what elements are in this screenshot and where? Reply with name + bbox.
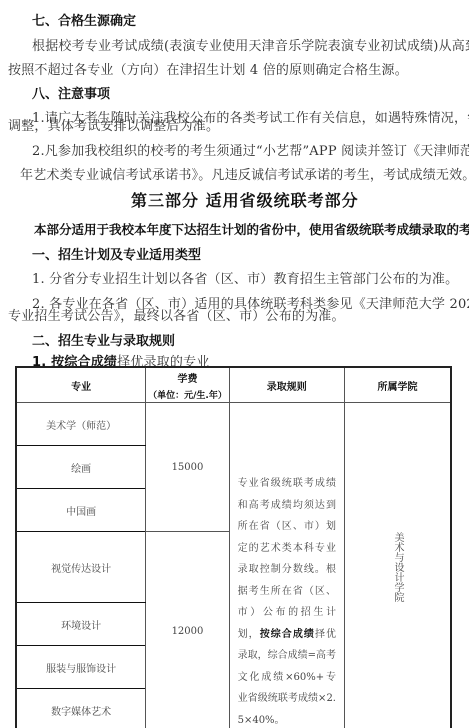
- college-name: 美术与设计学院: [390, 532, 405, 602]
- table-header-row: 专业 学费 （单位：元/生.年） 录取规则 所属学院: [16, 367, 451, 403]
- major-cell: 数字媒体艺术: [16, 689, 146, 728]
- section-8-item2-line2: 年艺术类专业诚信考试承诺书》。凡违反诚信考试承诺的考生，考试成绩无效。: [20, 164, 469, 183]
- section-8-item2-line1: 2.凡参加我校组织的校考的考生须通过“小艺帮”APP 阅读并签订《天津师范大学 …: [32, 140, 469, 159]
- tuition-cell: 12000: [146, 532, 229, 728]
- major-cell: 美术学（师范）: [16, 403, 146, 446]
- header-college: 所属学院: [344, 367, 451, 403]
- part-3-sec1-item2-line2: 专业招生考试公告》，最终以各省（区、市）公布的为准。: [8, 305, 345, 324]
- part-3-title: 第三部分 适用省级统联考部分: [131, 188, 359, 211]
- major-cell: 绘画: [16, 446, 146, 489]
- rule-text-pre: 专业省级统联考成绩和高考成绩均须达到所在省（区、市）划定的艺术类本科专业录取控制…: [238, 478, 336, 640]
- major-cell: 服装与服饰设计: [16, 646, 146, 689]
- rule-text-bold: 按综合成绩: [260, 629, 315, 640]
- header-rule: 录取规则: [229, 367, 344, 403]
- admission-table: 专业 学费 （单位：元/生.年） 录取规则 所属学院 美术学（师范） 15000…: [15, 366, 452, 728]
- section-7-heading: 七、合格生源确定: [32, 10, 136, 29]
- section-7-para-line1: 根据校考专业考试成绩(表演专业使用天津音乐学院表演专业初试成绩)从高到低排序，: [32, 35, 469, 54]
- part-3-sec2-heading: 二、招生专业与录取规则: [32, 330, 175, 349]
- major-cell: 视觉传达设计: [16, 532, 146, 603]
- major-cell: 环境设计: [16, 603, 146, 646]
- rule-cell: 专业省级统联考成绩和高考成绩均须达到所在省（区、市）划定的艺术类本科专业录取控制…: [229, 403, 344, 728]
- header-tuition-label: 学费: [177, 374, 197, 385]
- major-cell: 中国画: [16, 489, 146, 532]
- section-8-heading: 八、注意事项: [32, 83, 110, 102]
- header-tuition: 学费 （单位：元/生.年）: [146, 367, 229, 403]
- section-8-item1-line2: 调整，具体考试安排以调整后为准。: [8, 115, 219, 134]
- college-cell: 美术与设计学院: [344, 403, 451, 728]
- part-3-sec1-item1: 1. 分省分专业招生计划以各省（区、市）教育招生主管部门公布的为准。: [32, 268, 458, 287]
- header-tuition-unit: （单位：元/生.年）: [146, 388, 228, 401]
- table-row: 美术学（师范） 15000 专业省级统联考成绩和高考成绩均须达到所在省（区、市）…: [16, 403, 451, 446]
- rule-text-post: 择优录取，综合成绩=高考文化成绩×60%+专业省级统联考成绩×2.5×40%。: [238, 629, 336, 726]
- section-7-para-line2: 按照不超过各专业（方向）在津招生计划 4 倍的原则确定合格生源。: [8, 59, 408, 78]
- header-major: 专业: [16, 367, 146, 403]
- tuition-cell: 15000: [146, 403, 229, 532]
- part-3-intro: 本部分适用于我校本年度下达招生计划的省份中，使用省级统联考成绩录取的考生。: [34, 220, 469, 238]
- part-3-sec1-heading: 一、招生计划及专业适用类型: [32, 244, 201, 263]
